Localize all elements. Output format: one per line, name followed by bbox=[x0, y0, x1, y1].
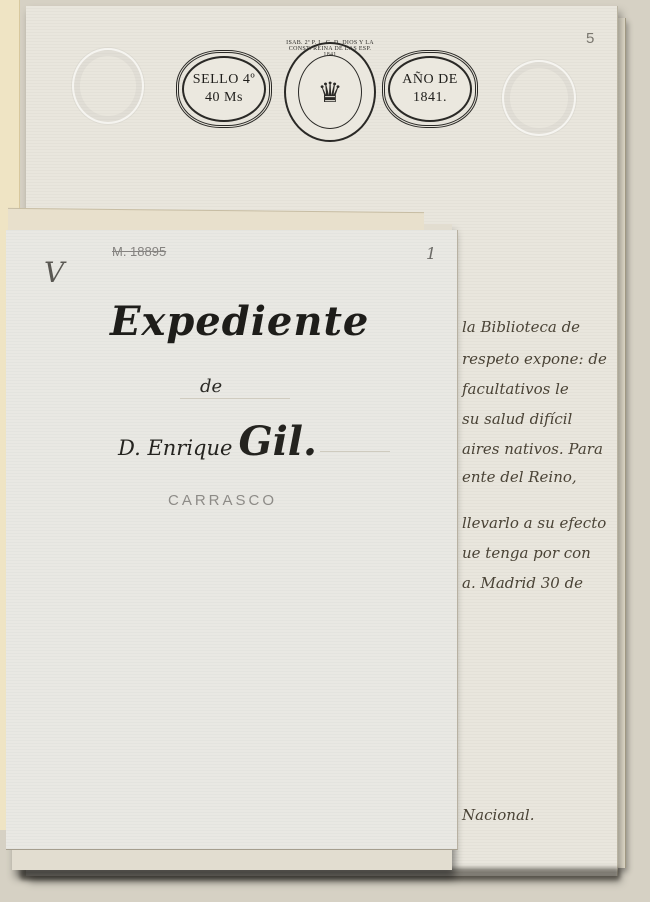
handwriting-line: llevarlo a su efecto bbox=[462, 514, 606, 532]
title-rule bbox=[180, 398, 290, 399]
embossed-seal-arms-icon bbox=[502, 60, 576, 136]
subject-given-name: D. Enrique bbox=[118, 436, 232, 460]
stamp-sello-label: SELLO 4º bbox=[193, 71, 255, 89]
stamp-year-label: AÑO DE bbox=[402, 71, 458, 89]
seal-legend: ISAB. 2ª P. L. G. D. DIOS Y LA CONST. RE… bbox=[286, 40, 374, 58]
folder-title: Expediente bbox=[110, 298, 330, 345]
stamp-year-value: 1841. bbox=[413, 89, 447, 107]
handwriting-line: su salud difícil bbox=[462, 410, 572, 428]
crown-coat-of-arms-icon: ♛ bbox=[298, 55, 362, 129]
handwriting-line: ente del Reino, bbox=[462, 468, 577, 486]
folder-subject-name: D. EnriqueGil. bbox=[118, 418, 317, 465]
handwriting-line: la Biblioteca de bbox=[462, 318, 580, 336]
handwriting-line: a. Madrid 30 de bbox=[462, 574, 583, 592]
subject-surname: Gil. bbox=[238, 418, 316, 465]
pencil-note: CARRASCO bbox=[168, 492, 277, 509]
archival-document-photo: 5 SELLO 4º 40 Ms ISAB. 2ª P. L. G. D. DI… bbox=[0, 0, 650, 902]
embossed-seal-portrait-icon bbox=[72, 48, 144, 124]
handwritten-mark: V bbox=[44, 256, 64, 289]
handwriting-line: ue tenga por con bbox=[462, 544, 591, 562]
stamp-price-label: 40 Ms bbox=[205, 89, 243, 107]
folder-preposition: de bbox=[200, 376, 222, 397]
handwriting-line: Nacional. bbox=[462, 806, 534, 824]
stamp-value-oval: SELLO 4º 40 Ms bbox=[182, 56, 266, 122]
folio-number-back: 5 bbox=[586, 30, 594, 47]
handwriting-line: facultativos le bbox=[462, 380, 569, 398]
handwriting-line: respeto expone: de bbox=[462, 350, 607, 368]
handwriting-line: aires nativos. Para bbox=[462, 440, 603, 458]
royal-seal: ISAB. 2ª P. L. G. D. DIOS Y LA CONST. RE… bbox=[284, 42, 376, 142]
stamped-paper-seal: SELLO 4º 40 Ms ISAB. 2ª P. L. G. D. DIOS… bbox=[176, 42, 484, 146]
folio-number-front: 1 bbox=[426, 244, 436, 263]
catalog-number: M. 18895 bbox=[112, 244, 166, 259]
name-rule bbox=[320, 451, 390, 452]
stamp-year-oval: AÑO DE 1841. bbox=[388, 56, 472, 122]
